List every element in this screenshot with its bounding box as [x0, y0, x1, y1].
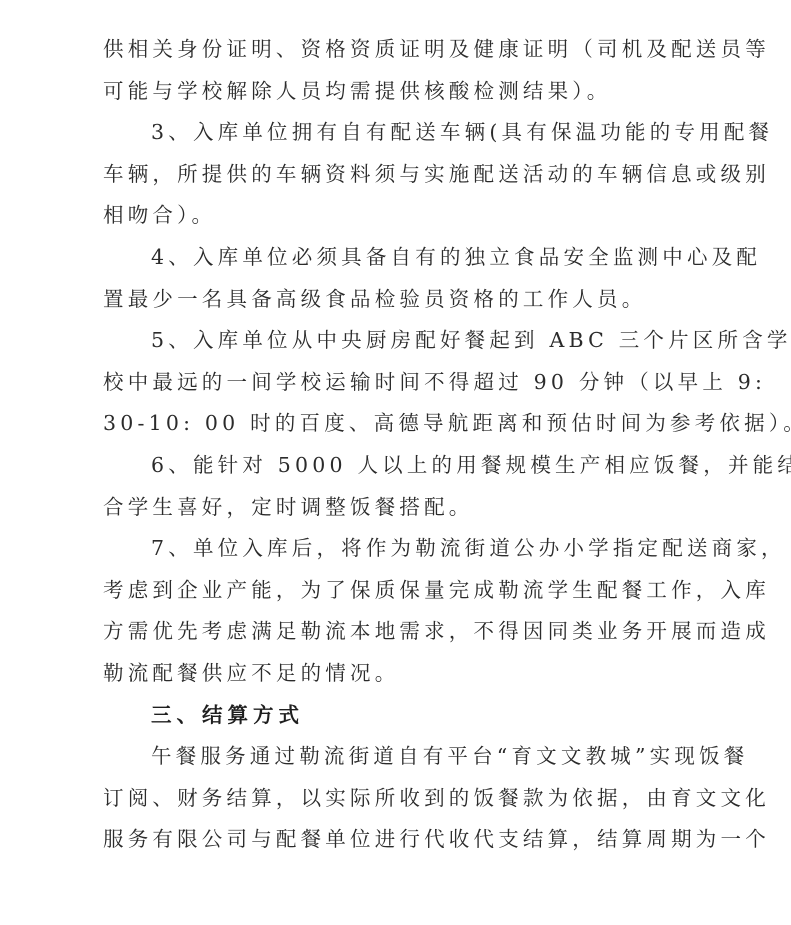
text-line: 30-10: 00 时的百度、高德导航距离和预估时间为参考依据）。 [103, 403, 685, 445]
paragraph-item-4: 4、入库单位必须具备自有的独立食品安全监测中心及配 置最少一名具备高级食品检验员… [103, 237, 685, 320]
text-line: 方需优先考虑满足勒流本地需求，不得因同类业务开展而造成 [103, 611, 685, 653]
paragraph-item-5: 5、入库单位从中央厨房配好餐起到 ABC 三个片区所含学 校中最远的一间学校运输… [103, 320, 685, 445]
paragraph-item-3: 3、入库单位拥有自有配送车辆(具有保温功能的专用配餐 车辆，所提供的车辆资料须与… [103, 112, 685, 237]
text-line: 勒流配餐供应不足的情况。 [103, 653, 685, 695]
text-line: 5、入库单位从中央厨房配好餐起到 ABC 三个片区所含学 [103, 320, 685, 362]
text-line: 相吻合）。 [103, 195, 685, 237]
paragraph-continuation: 供相关身份证明、资格资质证明及健康证明（司机及配送员等 可能与学校解除人员均需提… [103, 29, 685, 112]
text-line: 车辆，所提供的车辆资料须与实施配送活动的车辆信息或级别 [103, 154, 685, 196]
paragraph-settlement: 午餐服务通过勒流街道自有平台“育文文教城”实现饭餐 订阅、财务结算，以实际所收到… [103, 736, 685, 861]
text-line: 置最少一名具备高级食品检验员资格的工作人员。 [103, 279, 685, 321]
text-line: 3、入库单位拥有自有配送车辆(具有保温功能的专用配餐 [103, 112, 685, 154]
paragraph-item-7: 7、单位入库后，将作为勒流街道公办小学指定配送商家， 考虑到企业产能，为了保质保… [103, 528, 685, 694]
text-line: 午餐服务通过勒流街道自有平台“育文文教城”实现饭餐 [103, 736, 685, 778]
document-page: 供相关身份证明、资格资质证明及健康证明（司机及配送员等 可能与学校解除人员均需提… [103, 29, 685, 861]
text-line: 考虑到企业产能，为了保质保量完成勒流学生配餐工作，入库 [103, 570, 685, 612]
text-line: 合学生喜好，定时调整饭餐搭配。 [103, 487, 685, 529]
text-line: 供相关身份证明、资格资质证明及健康证明（司机及配送员等 [103, 29, 685, 71]
section-heading: 三、结算方式 [103, 695, 685, 737]
text-line: 服务有限公司与配餐单位进行代收代支结算，结算周期为一个 [103, 819, 685, 861]
text-line: 可能与学校解除人员均需提供核酸检测结果）。 [103, 71, 685, 113]
text-line: 6、能针对 5000 人以上的用餐规模生产相应饭餐，并能结 [103, 445, 685, 487]
text-line: 校中最远的一间学校运输时间不得超过 90 分钟（以早上 9: [103, 362, 685, 404]
text-line: 4、入库单位必须具备自有的独立食品安全监测中心及配 [103, 237, 685, 279]
text-line: 订阅、财务结算，以实际所收到的饭餐款为依据，由育文文化 [103, 778, 685, 820]
text-line: 7、单位入库后，将作为勒流街道公办小学指定配送商家， [103, 528, 685, 570]
paragraph-item-6: 6、能针对 5000 人以上的用餐规模生产相应饭餐，并能结 合学生喜好，定时调整… [103, 445, 685, 528]
